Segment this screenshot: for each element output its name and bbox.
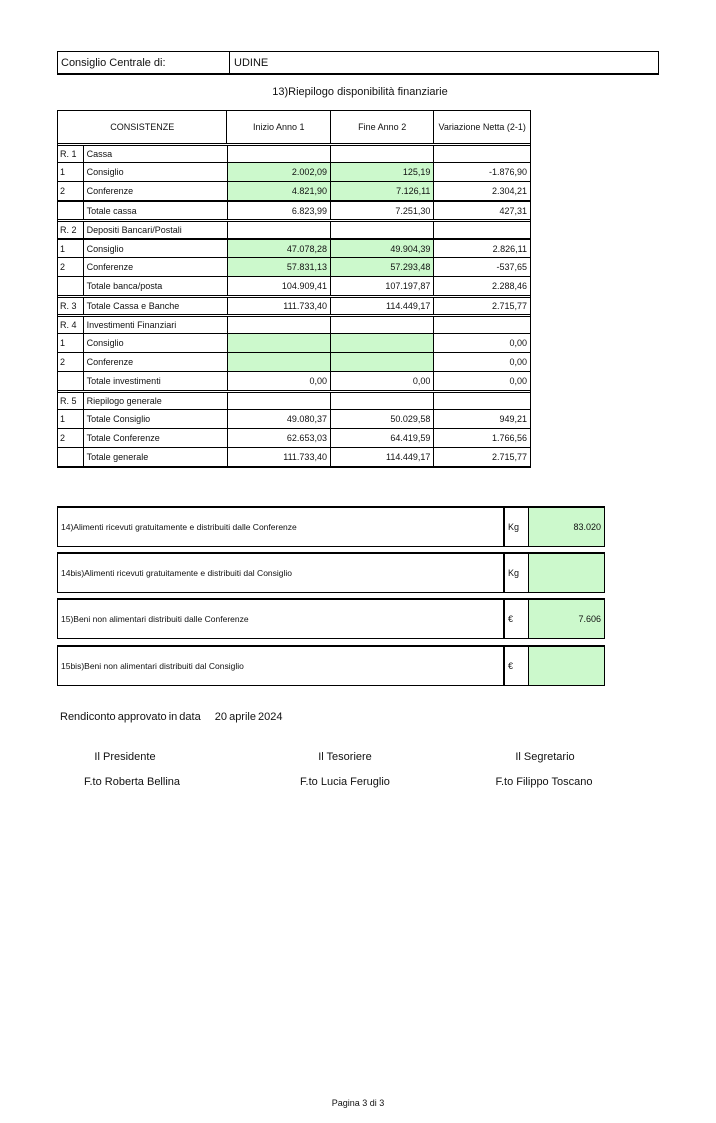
empty-cell bbox=[58, 448, 84, 466]
row-code: 2 bbox=[58, 182, 84, 200]
section-title-cell: Investimenti Finanziari bbox=[84, 317, 228, 333]
empty-cell bbox=[331, 146, 434, 162]
empty-cell bbox=[58, 202, 84, 219]
signature-name-president: F.to Roberta Bellina bbox=[32, 776, 232, 788]
quantity-label: 15bis)Beni non alimentari distribuiti da… bbox=[58, 647, 505, 685]
quantity-box-15: 15)Beni non alimentari distribuiti dalle… bbox=[57, 598, 605, 639]
total-label: Totale investimenti bbox=[84, 372, 228, 390]
empty-cell bbox=[228, 393, 331, 409]
col-header-consistenze: CONSISTENZE bbox=[58, 111, 227, 143]
start-value: 49.080,37 bbox=[228, 410, 331, 428]
quantity-label: 15)Beni non alimentari distribuiti dalle… bbox=[58, 600, 505, 638]
council-name: UDINE bbox=[230, 52, 658, 73]
total-row: Totale cassa 6.823,99 7.251,30 427,31 bbox=[58, 200, 530, 219]
section-code: R. 2 bbox=[58, 222, 84, 238]
section-row-totale-cassa-banche: R. 3 Totale Cassa e Banche 111.733,40 11… bbox=[58, 295, 530, 314]
table-row: 2 Conferenze 57.831,13 57.293,48 -537,65 bbox=[58, 257, 530, 276]
council-header: Consiglio Centrale di: UDINE bbox=[57, 51, 659, 75]
section-row-depositi: R. 2 Depositi Bancari/Postali bbox=[58, 219, 530, 238]
empty-cell bbox=[434, 317, 530, 333]
quantity-value-input[interactable]: 7.606 bbox=[529, 600, 604, 638]
end-value-input[interactable]: 49.904,39 bbox=[331, 240, 434, 257]
end-value: 64.419,59 bbox=[331, 429, 434, 447]
empty-cell bbox=[228, 317, 331, 333]
section-code: R. 5 bbox=[58, 393, 84, 409]
change-value: 1.766,56 bbox=[434, 429, 530, 447]
quantity-value-input[interactable]: 83.020 bbox=[529, 508, 604, 546]
change-value: -1.876,90 bbox=[434, 163, 530, 181]
change-value: -537,65 bbox=[434, 258, 530, 276]
total-start: 6.823,99 bbox=[228, 202, 331, 219]
table-row: 2 Conferenze 0,00 bbox=[58, 352, 530, 371]
quantity-value-input[interactable] bbox=[529, 647, 604, 685]
row-code: 1 bbox=[58, 410, 84, 428]
approval-date: 20 aprile 2024 bbox=[215, 711, 283, 723]
page-number: Pagina 3 di 3 bbox=[0, 1098, 716, 1108]
total-label: Totale banca/posta bbox=[84, 277, 228, 295]
total-change: 2.288,46 bbox=[434, 277, 530, 295]
total-end: 0,00 bbox=[331, 372, 434, 390]
section-code: R. 3 bbox=[58, 298, 84, 314]
section-title-cell: Totale Cassa e Banche bbox=[84, 298, 228, 314]
total-change: 2.715,77 bbox=[434, 298, 530, 314]
quantity-value-input[interactable] bbox=[529, 554, 604, 592]
change-value: 0,00 bbox=[434, 353, 530, 371]
empty-cell bbox=[58, 372, 84, 390]
row-label: Totale Consiglio bbox=[84, 410, 228, 428]
total-end: 114.449,17 bbox=[331, 298, 434, 314]
quantity-label: 14)Alimenti ricevuti gratuitamente e dis… bbox=[58, 508, 505, 546]
row-label: Conferenze bbox=[84, 182, 228, 200]
row-code: 2 bbox=[58, 353, 84, 371]
end-value: 50.029,58 bbox=[331, 410, 434, 428]
empty-cell bbox=[434, 222, 530, 238]
total-row: Totale investimenti 0,00 0,00 0,00 bbox=[58, 371, 530, 390]
change-value: 2.826,11 bbox=[434, 240, 530, 257]
start-value-input[interactable]: 47.078,28 bbox=[228, 240, 331, 257]
row-code: 1 bbox=[58, 163, 84, 181]
start-value: 62.653,03 bbox=[228, 429, 331, 447]
row-code: 1 bbox=[58, 240, 84, 257]
row-label: Consiglio bbox=[84, 334, 228, 352]
col-header-start: Inizio Anno 1 bbox=[227, 111, 330, 143]
section-row-cassa: R. 1 Cassa bbox=[58, 143, 530, 162]
section-code: R. 1 bbox=[58, 146, 84, 162]
table-header-row: CONSISTENZE Inizio Anno 1 Fine Anno 2 Va… bbox=[58, 111, 530, 143]
empty-cell bbox=[228, 146, 331, 162]
row-code: 2 bbox=[58, 258, 84, 276]
start-value-input[interactable]: 57.831,13 bbox=[228, 258, 331, 276]
change-value: 2.304,21 bbox=[434, 182, 530, 200]
total-change: 2.715,77 bbox=[434, 448, 530, 466]
empty-cell bbox=[228, 222, 331, 238]
empty-cell bbox=[331, 393, 434, 409]
table-row: 1 Totale Consiglio 49.080,37 50.029,58 9… bbox=[58, 409, 530, 428]
table-row: 2 Conferenze 4.821,90 7.126,11 2.304,21 bbox=[58, 181, 530, 200]
table-row: 1 Consiglio 47.078,28 49.904,39 2.826,11 bbox=[58, 238, 530, 257]
change-value: 0,00 bbox=[434, 334, 530, 352]
row-label: Consiglio bbox=[84, 163, 228, 181]
end-value-input[interactable] bbox=[331, 334, 434, 352]
signature-name-secretary: F.to Filippo Toscano bbox=[444, 776, 644, 788]
end-value-input[interactable]: 7.126,11 bbox=[331, 182, 434, 200]
quantity-box-14: 14)Alimenti ricevuti gratuitamente e dis… bbox=[57, 506, 605, 547]
empty-cell bbox=[434, 393, 530, 409]
quantity-box-14bis: 14bis)Alimenti ricevuti gratuitamente e … bbox=[57, 552, 605, 593]
signature-name-treasurer: F.to Lucia Feruglio bbox=[245, 776, 445, 788]
total-change: 427,31 bbox=[434, 202, 530, 219]
approval-line: Rendiconto approvato in data 20 aprile 2… bbox=[60, 711, 283, 723]
empty-cell bbox=[331, 317, 434, 333]
total-end: 107.197,87 bbox=[331, 277, 434, 295]
signature-role-treasurer: Il Tesoriere bbox=[245, 751, 445, 763]
table-row: 1 Consiglio 0,00 bbox=[58, 333, 530, 352]
total-label: Totale generale bbox=[84, 448, 228, 466]
total-change: 0,00 bbox=[434, 372, 530, 390]
section-title-cell: Depositi Bancari/Postali bbox=[84, 222, 228, 238]
total-row: Totale banca/posta 104.909,41 107.197,87… bbox=[58, 276, 530, 295]
quantity-box-15bis: 15bis)Beni non alimentari distribuiti da… bbox=[57, 645, 605, 686]
empty-cell bbox=[434, 146, 530, 162]
total-end: 114.449,17 bbox=[331, 448, 434, 466]
total-start: 111.733,40 bbox=[228, 448, 331, 466]
start-value-input[interactable]: 4.821,90 bbox=[228, 182, 331, 200]
end-value-input[interactable] bbox=[331, 353, 434, 371]
financial-summary-table: CONSISTENZE Inizio Anno 1 Fine Anno 2 Va… bbox=[57, 110, 531, 468]
quantity-unit: € bbox=[505, 600, 529, 638]
section-code: R. 4 bbox=[58, 317, 84, 333]
quantity-unit: Kg bbox=[505, 554, 529, 592]
signature-role-president: Il Presidente bbox=[25, 751, 225, 763]
quantity-label: 14bis)Alimenti ricevuti gratuitamente e … bbox=[58, 554, 505, 592]
total-start: 0,00 bbox=[228, 372, 331, 390]
section-title-cell: Riepilogo generale bbox=[84, 393, 228, 409]
row-label: Conferenze bbox=[84, 258, 228, 276]
col-header-end: Fine Anno 2 bbox=[331, 111, 434, 143]
total-label: Totale cassa bbox=[84, 202, 228, 219]
col-header-change: Variazione Netta (2-1) bbox=[434, 111, 530, 143]
change-value: 949,21 bbox=[434, 410, 530, 428]
quantity-unit: € bbox=[505, 647, 529, 685]
empty-cell bbox=[58, 277, 84, 295]
total-start: 104.909,41 bbox=[228, 277, 331, 295]
start-value-input[interactable] bbox=[228, 353, 331, 371]
section-title-cell: Cassa bbox=[84, 146, 228, 162]
total-row: Totale generale 111.733,40 114.449,17 2.… bbox=[58, 447, 530, 466]
row-code: 1 bbox=[58, 334, 84, 352]
section-row-riepilogo: R. 5 Riepilogo generale bbox=[58, 390, 530, 409]
row-label: Totale Conferenze bbox=[84, 429, 228, 447]
table-row: 2 Totale Conferenze 62.653,03 64.419,59 … bbox=[58, 428, 530, 447]
council-label: Consiglio Centrale di: bbox=[58, 52, 230, 73]
end-value-input[interactable]: 57.293,48 bbox=[331, 258, 434, 276]
section-row-investimenti: R. 4 Investimenti Finanziari bbox=[58, 314, 530, 333]
quantity-unit: Kg bbox=[505, 508, 529, 546]
approval-label: Rendiconto approvato in data bbox=[60, 711, 201, 723]
start-value-input[interactable]: 2.002,09 bbox=[228, 163, 331, 181]
signature-role-secretary: Il Segretario bbox=[445, 751, 645, 763]
total-start: 111.733,40 bbox=[228, 298, 331, 314]
table-row: 1 Consiglio 2.002,09 125,19 -1.876,90 bbox=[58, 162, 530, 181]
total-end: 7.251,30 bbox=[331, 202, 434, 219]
empty-cell bbox=[331, 222, 434, 238]
row-label: Consiglio bbox=[84, 240, 228, 257]
row-label: Conferenze bbox=[84, 353, 228, 371]
start-value-input[interactable] bbox=[228, 334, 331, 352]
row-code: 2 bbox=[58, 429, 84, 447]
section-title: 13)Riepilogo disponibilità finanziarie bbox=[0, 86, 716, 98]
end-value-input[interactable]: 125,19 bbox=[331, 163, 434, 181]
